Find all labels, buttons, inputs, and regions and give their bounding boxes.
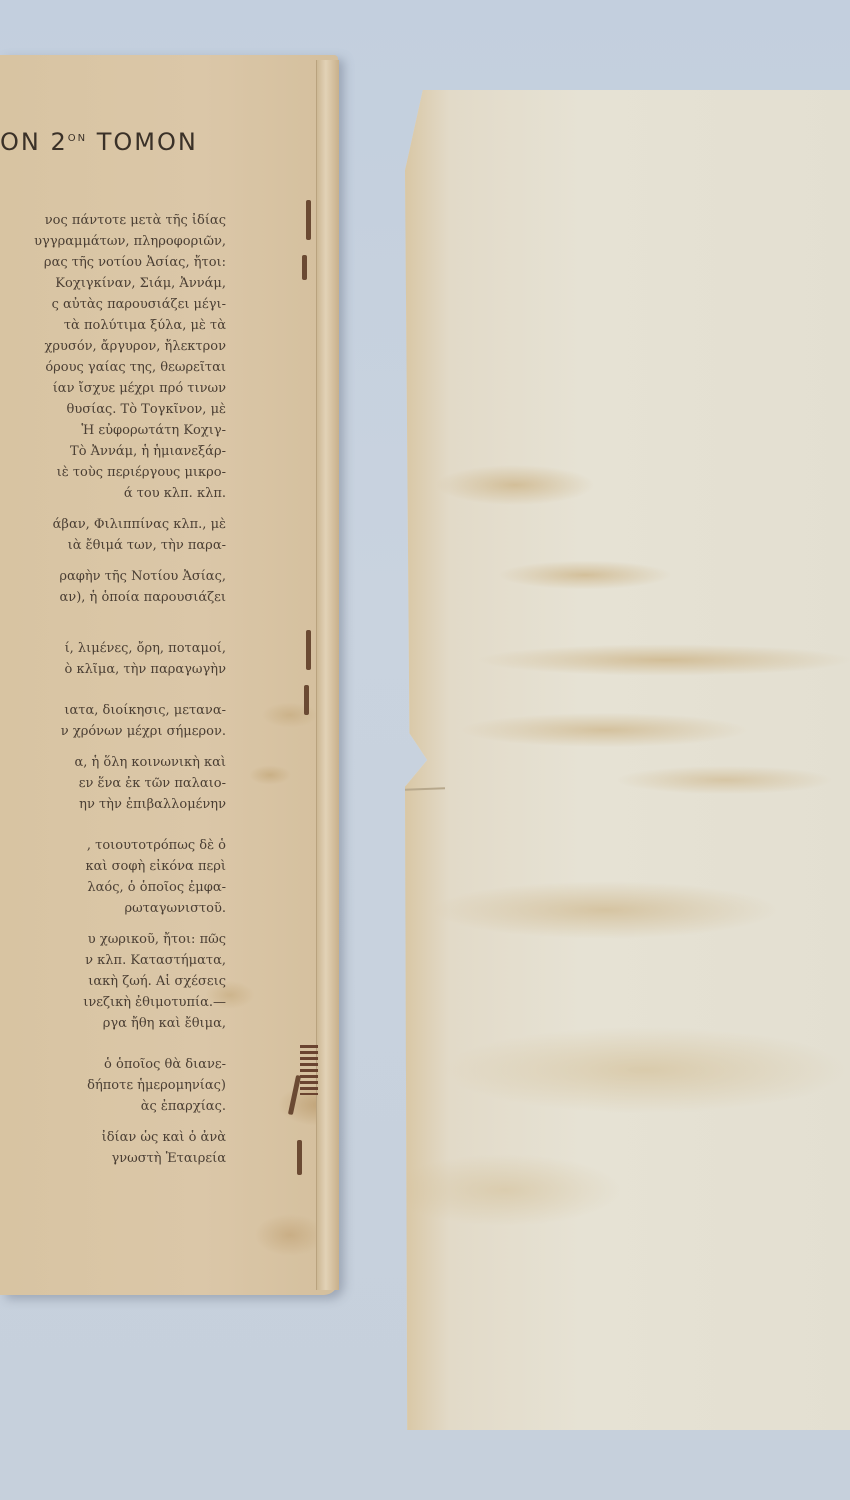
body-text-line: ιακὴ ζωή. Αἱ σχέσεις (0, 971, 226, 992)
body-text-line (0, 1044, 226, 1054)
body-text-line (0, 690, 226, 700)
book-body-text: νος πάντοτε μετὰ τῆς ἰδίαςυγγραμμάτων, π… (0, 210, 226, 1169)
body-text-line: τὰ πολύτιμα ξύλα, μὲ τὰ (0, 315, 226, 336)
body-text-line (0, 825, 226, 835)
body-text-line: α, ἡ ὅλη κοινωνικὴ καὶ (0, 752, 226, 773)
body-text-line: ὰς ἐπαρχίας. (0, 1096, 226, 1117)
body-text-line: Κοχιγκίναν, Σιάμ, Ἀννάμ, (0, 273, 226, 294)
body-text-line: θυσίας. Τὸ Τογκῖνον, μὲ (0, 399, 226, 420)
printer-stamp-mark (300, 1045, 318, 1095)
staple (304, 685, 309, 715)
staple (297, 1140, 302, 1175)
body-text-line (0, 556, 226, 566)
body-text-line: γνωστὴ Ἑταιρεία (0, 1148, 226, 1169)
body-text-line (0, 680, 226, 690)
body-text-line: ίαν ἴσχυε μέχρι πρό τινων (0, 378, 226, 399)
body-text-line: εν ἕνα ἐκ τῶν παλαιο- (0, 773, 226, 794)
body-text-line: όρους γαίας της, θεωρεῖται (0, 357, 226, 378)
body-text-line: ιὲ τοὺς περιέργους μικρο- (0, 462, 226, 483)
body-text-line (0, 1034, 226, 1044)
body-text-line: ί, λιμένες, ὄρη, ποταμοί, (0, 638, 226, 659)
body-text-line: ἰδίαν ὡς καὶ ὁ ἀνὰ (0, 1127, 226, 1148)
body-text-line (0, 608, 226, 618)
body-text-line: ς αὐτὰς παρουσιάζει μέγι- (0, 294, 226, 315)
body-text-line: ν χρόνων μέχρι σήμερον. (0, 721, 226, 742)
body-text-line (0, 919, 226, 929)
body-text-line: άβαν, Φιλιππίνας κλπ., μὲ (0, 514, 226, 535)
staple (306, 630, 311, 670)
body-text-line (0, 742, 226, 752)
body-text-line (0, 628, 226, 638)
body-text-line: καὶ σοφὴ εἰκόνα περὶ (0, 856, 226, 877)
body-text-line: λαός, ὁ ὁποῖος ἐμφα- (0, 877, 226, 898)
body-text-line: ρωταγωνιστοῦ. (0, 898, 226, 919)
body-text-line: ιὰ ἔθιμά των, τὴν παρα- (0, 535, 226, 556)
body-text-line (0, 1117, 226, 1127)
body-text-line: Τὸ Ἀννάμ, ἡ ἡμιανεξάρ- (0, 441, 226, 462)
body-text-line: ά του κλπ. κλπ. (0, 483, 226, 504)
body-text-line: δήποτε ἡμερομηνίας) (0, 1075, 226, 1096)
book-heading: ON 2ON TOMON (0, 128, 198, 156)
body-text-line (0, 504, 226, 514)
body-text-line: , τοιουτοτρόπως δὲ ὁ (0, 835, 226, 856)
body-text-line: χρυσόν, ἄργυρον, ἤλεκτρον (0, 336, 226, 357)
body-text-line: νος πάντοτε μετὰ τῆς ἰδίας (0, 210, 226, 231)
loose-stained-sheet (405, 90, 850, 1430)
body-text-line: ὸ κλῖμα, τὴν παραγωγὴν (0, 659, 226, 680)
staple (302, 255, 307, 280)
body-text-line: ργα ἤθη καὶ ἔθιμα, (0, 1013, 226, 1034)
book-spine (316, 60, 339, 1290)
body-text-line: ην τὴν ἐπιβαλλομένην (0, 794, 226, 815)
body-text-line: ρας τῆς νοτίου Ἀσίας, ἤτοι: (0, 252, 226, 273)
staple (306, 200, 311, 240)
body-text-line: ὁ ὁποῖος θὰ διανε- (0, 1054, 226, 1075)
body-text-line (0, 815, 226, 825)
body-text-line: ν κλπ. Καταστήματα, (0, 950, 226, 971)
body-text-line: ιατα, διοίκησις, μετανα- (0, 700, 226, 721)
body-text-line: ραφὴν τῆς Νοτίου Ἀσίας, (0, 566, 226, 587)
body-text-line: Ἡ εὐφορωτάτη Κοχιγ- (0, 420, 226, 441)
body-text-line: υγγραμμάτων, πληροφοριῶν, (0, 231, 226, 252)
body-text-line: αν), ἡ ὁποία παρουσιάζει (0, 587, 226, 608)
body-text-line: υ χωρικοῦ, ἤτοι: πῶς (0, 929, 226, 950)
body-text-line (0, 618, 226, 628)
body-text-line: ινεζικὴ ἐθιμοτυπία.— (0, 992, 226, 1013)
